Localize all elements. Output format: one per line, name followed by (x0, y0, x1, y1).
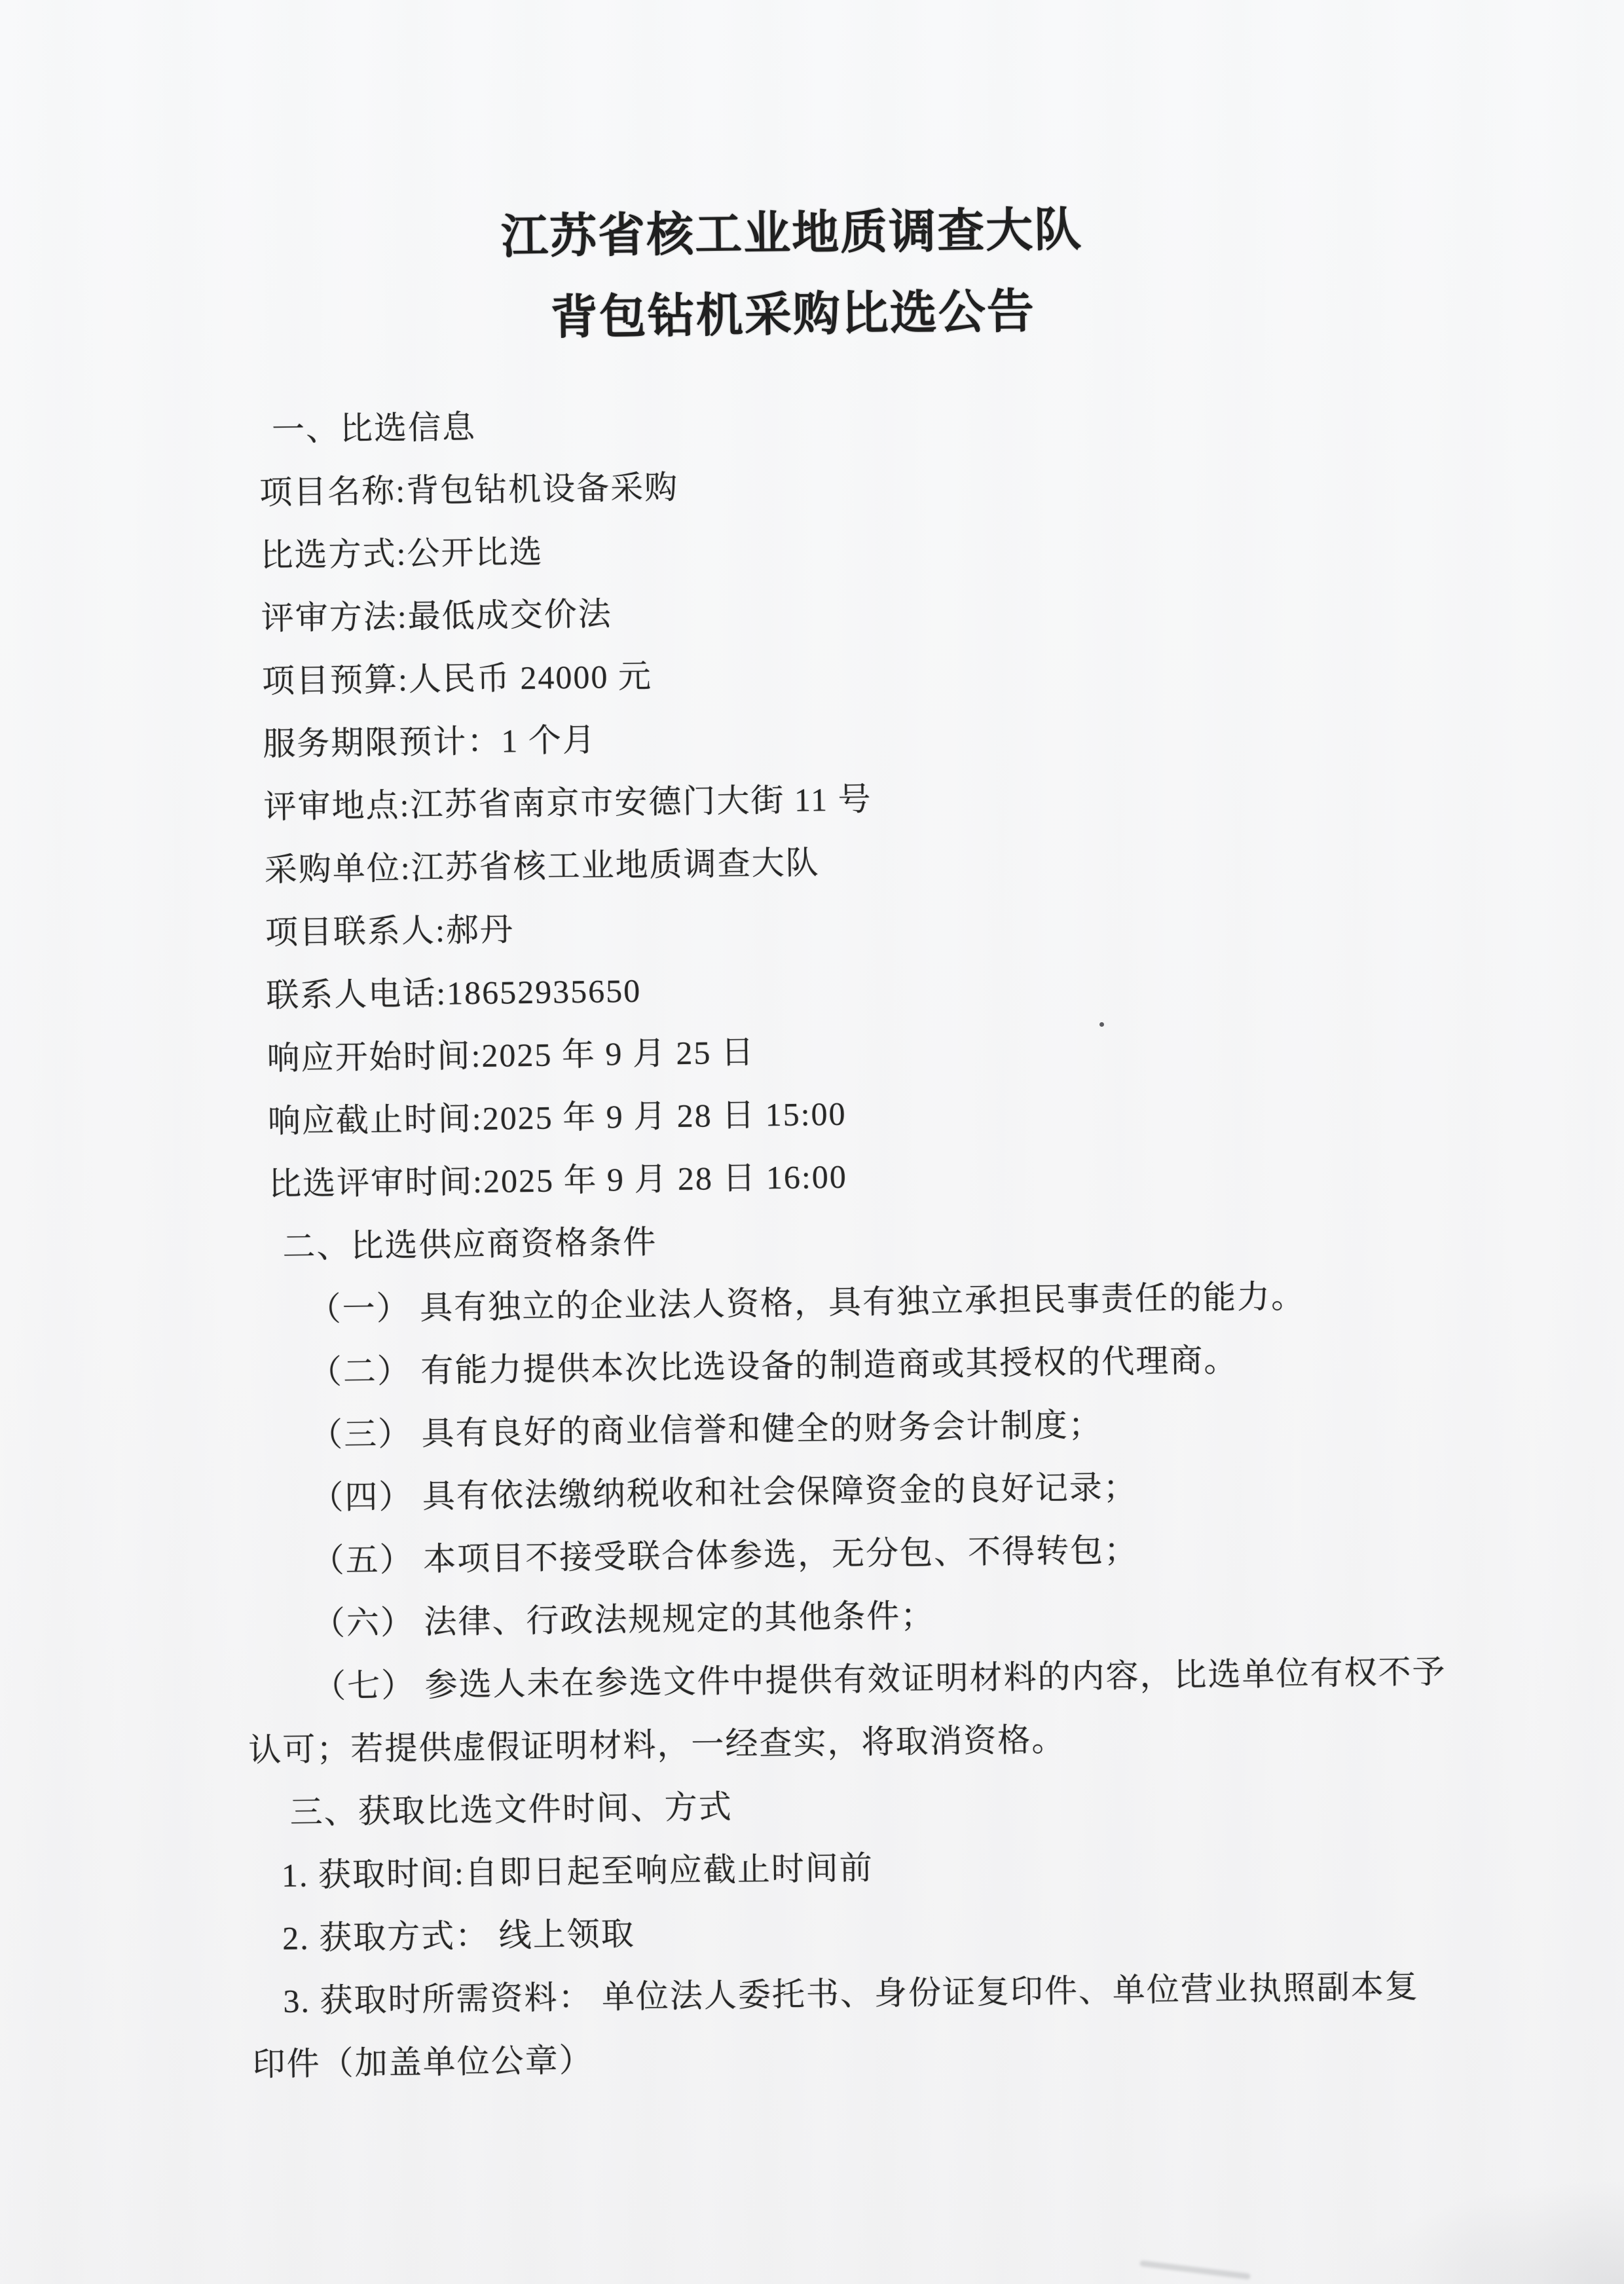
document-title: 江苏省核工业地质调查大队 背包钻机采购比选公告 (175, 185, 1409, 363)
scan-smudge-artifact (1139, 2260, 1251, 2280)
scan-speck-artifact (1099, 1022, 1104, 1027)
scanned-document-page: 江苏省核工业地质调查大队 背包钻机采购比选公告 一、比选信息 项目名称:背包钻机… (0, 0, 1624, 2284)
title-line-1: 江苏省核工业地质调查大队 (175, 185, 1407, 282)
title-line-2: 背包钻机采购比选公告 (177, 266, 1409, 363)
document-content: 江苏省核工业地质调查大队 背包钻机采购比选公告 一、比选信息 项目名称:背包钻机… (228, 185, 1431, 2095)
scan-corner-shade (1349, 2179, 1624, 2284)
document-body: 一、比选信息 项目名称:背包钻机设备采购 比选方式:公开比选 评审方法:最低成交… (231, 383, 1431, 2095)
